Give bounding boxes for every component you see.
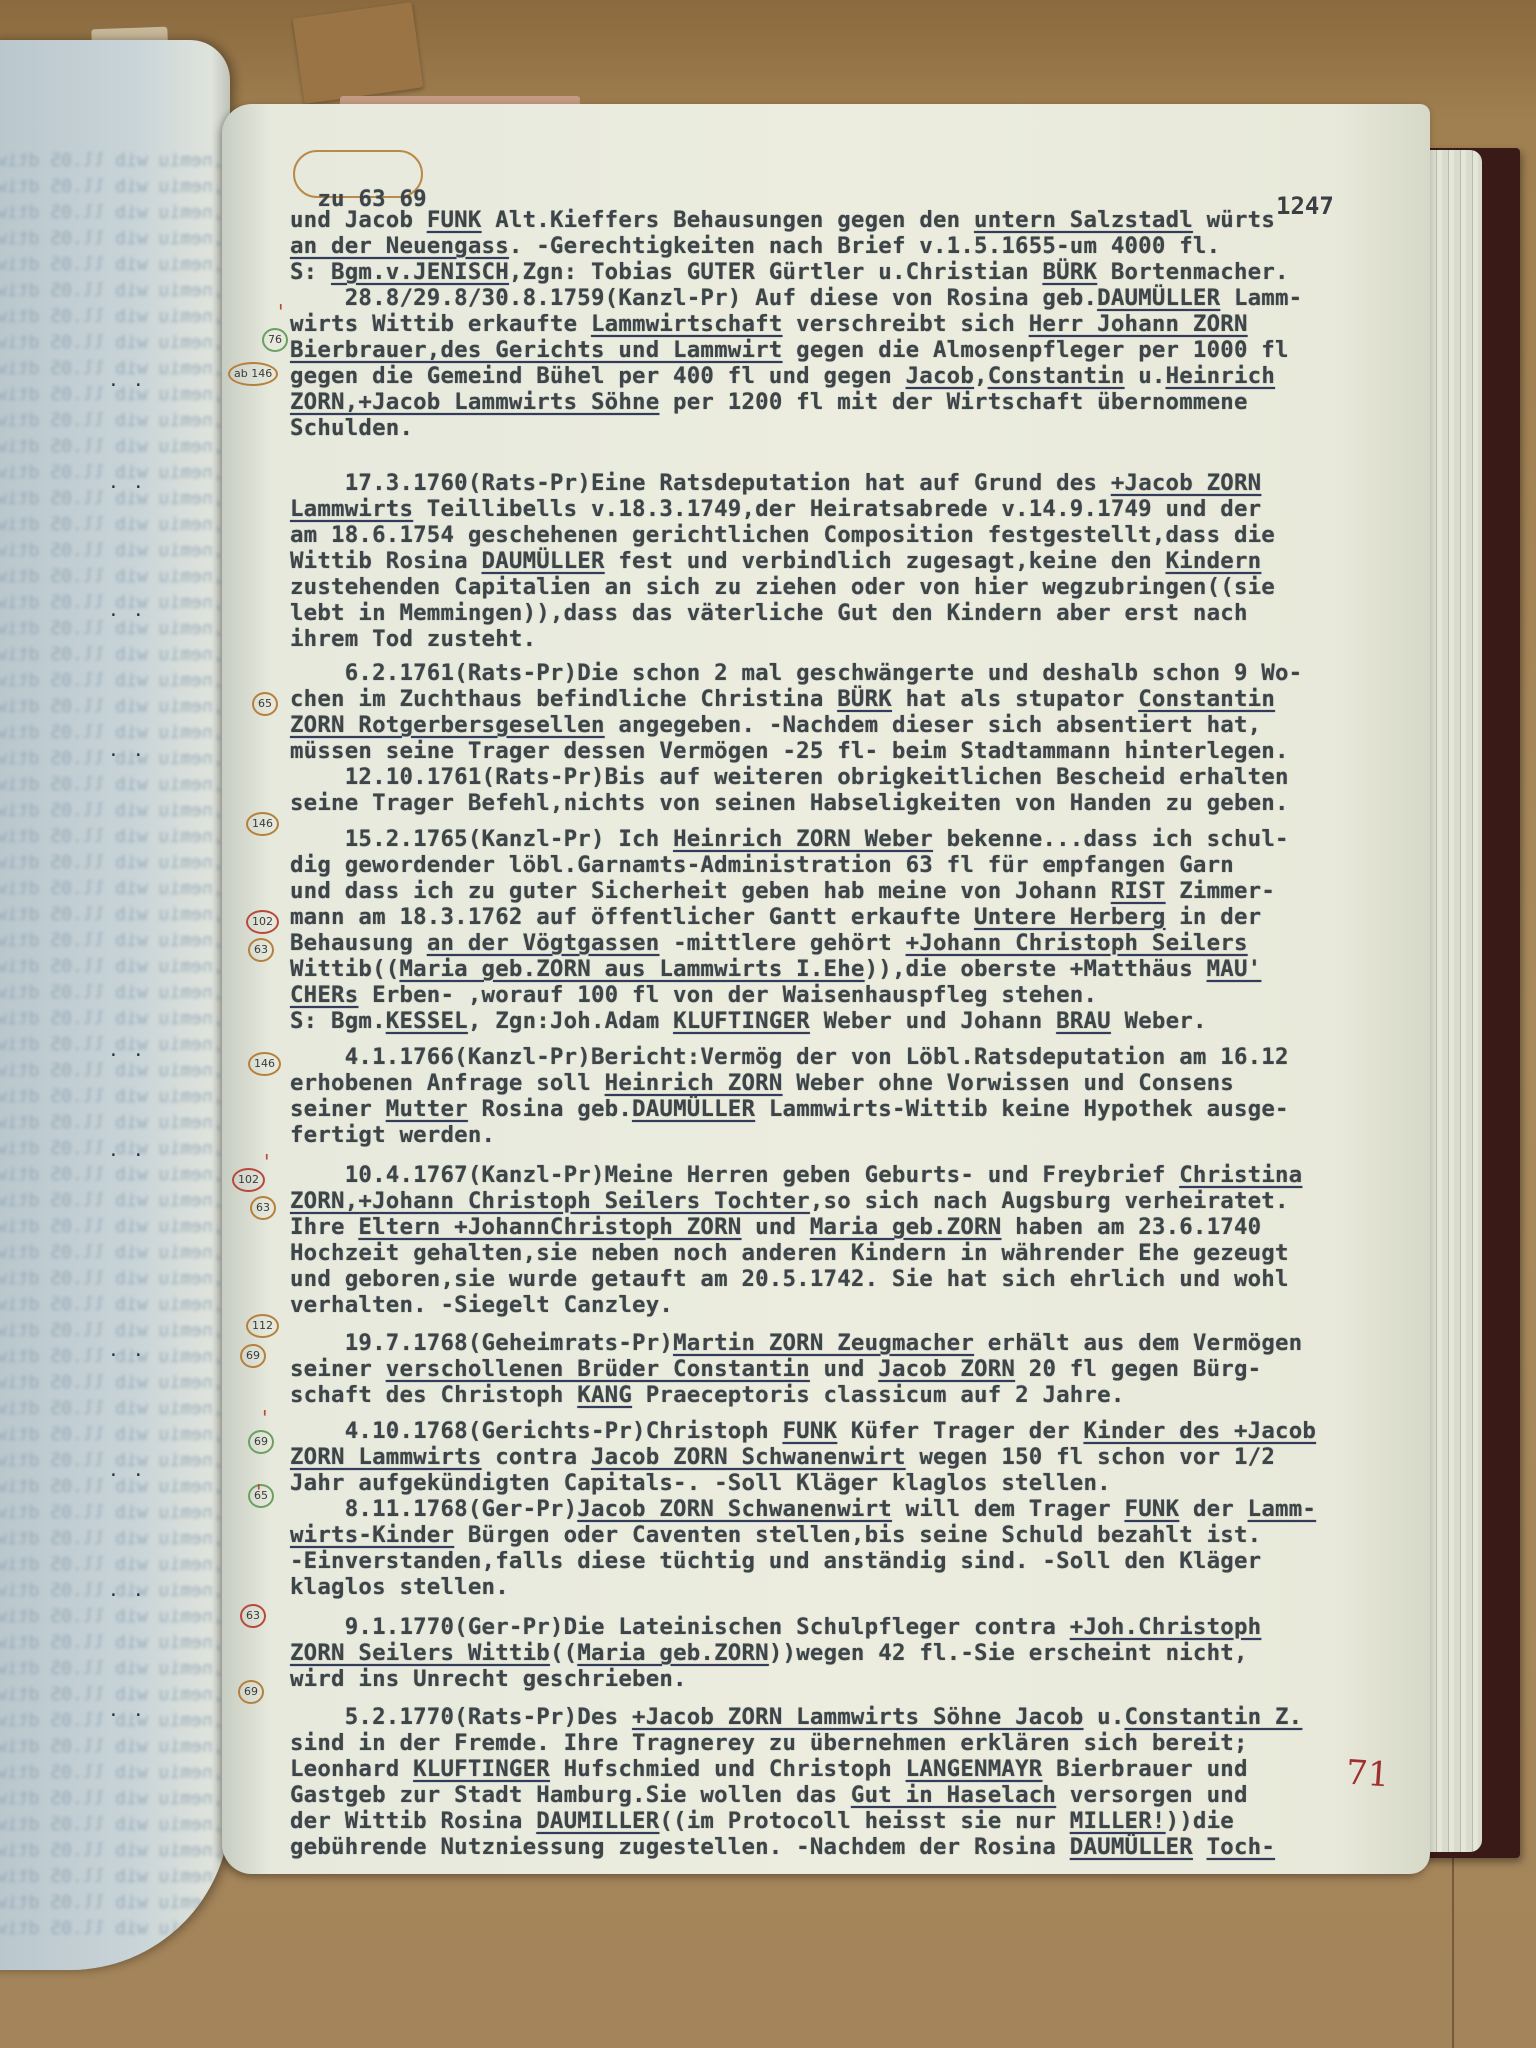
text-segment: 8.11.1768(Ger-Pr) (290, 1496, 577, 1522)
text-line: ZORN Rotgerbersgesellen angegeben. -Nach… (290, 712, 1261, 738)
text-line: gebührende Nutzniessung zugestellen. -Na… (290, 1834, 1275, 1860)
text-segment: , Zgn:Joh.Adam (468, 1008, 673, 1034)
blurred-text-line: hotib slie sis nebiow ,nemiu wib ll.05 d… (0, 1008, 230, 1024)
text-line: der Wittib Rosina DAUMILLER((im Protocol… (290, 1808, 1234, 1834)
text-segment: ,so sich nach Augsburg verheiratet. (810, 1188, 1289, 1214)
text-line: S: Bgm.v.JENISCH,Zgn: Tobias GUTER Gürtl… (290, 259, 1289, 285)
text-segment: 5.2.1770(Rats-Pr)Des (290, 1704, 632, 1730)
text-segment: der (1179, 1496, 1247, 1522)
blurred-text-line: hotib slie sis nebiow ,nemiu wib ll.05 d… (0, 1606, 230, 1622)
blurred-text-line: hotib slie sis nebiow ,nemiu wib ll.05 d… (0, 930, 230, 946)
text-line: chen im Zuchthaus befindliche Christina … (290, 686, 1275, 712)
underlined-name: Bierbrauer,des Gerichts und Lammwirt (290, 337, 783, 363)
blurred-text-line: hotib slie sis nebiow ,nemiu wib ll.05 d… (0, 644, 230, 660)
text-segment: -mittlere gehört (659, 930, 905, 956)
underlined-name: Heinrich (1166, 363, 1275, 389)
margin-note: 65 (252, 692, 278, 716)
text-line: 5.2.1770(Rats-Pr)Des +Jacob ZORN Lammwir… (290, 1704, 1302, 1730)
text-segment: Lamm- (1220, 285, 1302, 311)
text-line: wirts-Kinder Bürgen oder Caventen stelle… (290, 1522, 1261, 1548)
dot-marks: .. (108, 1460, 158, 1481)
text-line: schaft des Christoph KANG Praeceptoris c… (290, 1382, 1125, 1408)
text-segment: Wittib(( (290, 956, 399, 982)
dot-marks: .. (108, 740, 158, 761)
underlined-name: MAU' (1207, 956, 1262, 982)
margin-note: 69 (248, 1430, 274, 1454)
underlined-name: DAUMÜLLER (1097, 285, 1220, 311)
text-segment: -Einverstanden,falls diese tüchtig und a… (290, 1548, 1261, 1574)
text-segment: Hufschmied und Christoph (550, 1756, 906, 1782)
text-line: wirts Wittib erkaufte Lammwirtschaft ver… (290, 311, 1248, 337)
blurred-text-line: hotib slie sis nebiow ,nemiu wib ll.05 d… (0, 982, 230, 998)
underlined-name: BÜRK (837, 686, 892, 712)
text-line: Wittib((Maria geb.ZORN aus Lammwirts I.E… (290, 956, 1261, 982)
underlined-name: Mutter (386, 1096, 468, 1122)
text-segment: und Jacob (290, 207, 427, 233)
text-line: ZORN,+Jacob Lammwirts Söhne per 1200 fl … (290, 389, 1248, 415)
blurred-text-line: hotib slie sis nebiow ,nemiu wib ll.05 d… (0, 1528, 230, 1544)
underlined-name: KLUFTINGER (673, 1008, 810, 1034)
underlined-name: Heinrich ZORN (605, 1070, 783, 1096)
underlined-name: ZORN Rotgerbersgesellen (290, 712, 605, 738)
blurred-text-line: hotib slie sis nebiow ,nemiu wib ll.05 d… (0, 878, 230, 894)
text-segment: Bierbrauer und (1042, 1756, 1247, 1782)
underlined-name: an der Neuengass (290, 233, 509, 259)
text-segment: Bortenmacher. (1097, 259, 1289, 285)
underlined-name: KANG (577, 1382, 632, 1408)
red-tick-mark: ' (262, 1406, 268, 1430)
underlined-name: Maria geb.ZORN (810, 1214, 1002, 1240)
underlined-name: Maria geb.ZORN (577, 1640, 769, 1666)
underlined-name: ZORN Seilers Wittib (290, 1640, 550, 1666)
underlined-name: Constantin (988, 363, 1125, 389)
text-line: ihrem Tod zusteht. (290, 626, 536, 652)
text-segment: versorgen und (1056, 1782, 1248, 1808)
text-segment: bekenne...dass ich schul- (933, 826, 1289, 852)
text-segment: Weber ohne Vorwissen und Consens (783, 1070, 1234, 1096)
underlined-name: Jacob ZORN Schwanenwirt (591, 1444, 906, 1470)
text-line: Leonhard KLUFTINGER Hufschmied und Chris… (290, 1756, 1248, 1782)
text-line: seiner Mutter Rosina geb.DAUMÜLLER Lammw… (290, 1096, 1289, 1122)
text-line: zustehenden Capitalien an sich zu ziehen… (290, 574, 1275, 600)
text-line: 9.1.1770(Ger-Pr)Die Lateinischen Schulpf… (290, 1614, 1261, 1640)
text-segment: hat als stupator (892, 686, 1138, 712)
underlined-name: +Jacob ZORN (1111, 470, 1261, 496)
blurred-text-line: hotib slie sis nebiow ,nemiu wib ll.05 d… (0, 1814, 230, 1830)
underlined-name: DAUMÜLLER (1070, 1834, 1193, 1860)
blurred-text-line: hotib slie sis nebiow ,nemiu wib ll.05 d… (0, 670, 230, 686)
text-segment: sind in der Fremde. Ihre Tragnerey zu üb… (290, 1730, 1248, 1756)
text-line: 6.2.1761(Rats-Pr)Die schon 2 mal geschwä… (290, 660, 1302, 686)
text-segment: )),die oberste +Matthäus (865, 956, 1207, 982)
text-line: 17.3.1760(Rats-Pr)Eine Ratsdeputation ha… (290, 470, 1261, 496)
text-segment: wird ins Unrecht geschrieben. (290, 1666, 687, 1692)
text-line: Ihre Eltern +JohannChristoph ZORN und Ma… (290, 1214, 1261, 1240)
text-line: 19.7.1768(Geheimrats-Pr)Martin ZORN Zeug… (290, 1330, 1302, 1356)
dot-marks: .. (108, 1040, 158, 1061)
blurred-text-line: hotib slie sis nebiow ,nemiu wib ll.05 d… (0, 1502, 230, 1518)
text-segment: Zimmer- (1166, 878, 1275, 904)
blurred-text-line: hotib slie sis nebiow ,nemiu wib ll.05 d… (0, 1294, 230, 1310)
blurred-text-line: hotib slie sis nebiow ,nemiu wib ll.05 d… (0, 1788, 230, 1804)
underlined-name: Constantin (1138, 686, 1275, 712)
text-line: Lammwirts Teillibells v.18.3.1749,der He… (290, 496, 1261, 522)
text-segment: erhält aus dem Vermögen (974, 1330, 1302, 1356)
margin-note: 63 (240, 1604, 266, 1628)
text-segment (1193, 1834, 1207, 1860)
text-line: Bierbrauer,des Gerichts und Lammwirt geg… (290, 337, 1289, 363)
underlined-name: Jacob (906, 363, 974, 389)
text-segment: Behausung (290, 930, 427, 956)
blurred-text-line: hotib slie sis nebiow ,nemiu wib ll.05 d… (0, 1554, 230, 1570)
underlined-name: RIST (1111, 878, 1166, 904)
margin-note: 112 (246, 1314, 279, 1338)
text-segment: u. (1125, 363, 1166, 389)
underlined-name: Maria geb.ZORN aus Lammwirts I.Ehe (399, 956, 864, 982)
dot-marks: .. (108, 1140, 158, 1161)
blurred-text-line: hotib slie sis nebiow ,nemiu wib ll.05 d… (0, 306, 230, 322)
margin-note: ab 146 (228, 362, 278, 386)
blurred-text-line: hotib slie sis nebiow ,nemiu wib ll.05 d… (0, 774, 230, 790)
paper-tab (293, 2, 424, 104)
text-line: ZORN,+Johann Christoph Seilers Tochter,s… (290, 1188, 1289, 1214)
text-segment: Weber und Johann (810, 1008, 1056, 1034)
text-segment: gebührende Nutzniessung zugestellen. -Na… (290, 1834, 1070, 1860)
reference-line: zu 63 69 (290, 160, 427, 212)
underlined-name: LANGENMAYR (906, 1756, 1043, 1782)
text-segment: Wittib Rosina (290, 548, 482, 574)
underlined-name: Kinder des +Jacob (1083, 1418, 1316, 1444)
text-segment: erhobenen Anfrage soll (290, 1070, 605, 1096)
text-segment: 28.8/29.8/30.8.1759(Kanzl-Pr) Auf diese … (290, 285, 1097, 311)
underlined-name: +Jacob ZORN Lammwirts Söhne Jacob (632, 1704, 1083, 1730)
text-segment: Jahr aufgekündigten Capitals-. -Soll Klä… (290, 1470, 1111, 1496)
text-segment: der Wittib Rosina (290, 1808, 536, 1834)
underlined-name: DAUMÜLLER (632, 1096, 755, 1122)
blurred-text-line: hotib slie sis nebiow ,nemiu wib ll.05 d… (0, 1216, 230, 1232)
text-line: seiner verschollenen Brüder Constantin u… (290, 1356, 1261, 1382)
blurred-text-line: hotib slie sis nebiow ,nemiu wib ll.05 d… (0, 722, 230, 738)
underlined-name: ZORN,+Jacob Lammwirts Söhne (290, 389, 659, 415)
blurred-text-line: hotib slie sis nebiow ,nemiu wib ll.05 d… (0, 1918, 230, 1934)
text-segment: ))wegen 42 fl.-Sie erscheint nicht, (769, 1640, 1248, 1666)
text-segment: Weber. (1111, 1008, 1207, 1034)
blurred-text-line: hotib slie sis nebiow ,nemiu wib ll.05 d… (0, 566, 230, 582)
text-segment: wegen 150 fl schon vor 1/2 (906, 1444, 1275, 1470)
blurred-text-line: hotib slie sis nebiow ,nemiu wib ll.05 d… (0, 1320, 230, 1336)
text-line: an der Neuengass. -Gerechtigkeiten nach … (290, 233, 1220, 259)
margin-note: 63 (248, 938, 274, 962)
text-segment: zustehenden Capitalien an sich zu ziehen… (290, 574, 1275, 600)
text-segment: verhalten. -Siegelt Canzley. (290, 1292, 673, 1318)
text-segment: Alt.Kieffers Behausungen gegen den (482, 207, 975, 233)
text-segment: müssen seine Trager dessen Vermögen -25 … (290, 738, 1289, 764)
text-segment: Küfer Trager der (837, 1418, 1083, 1444)
blurred-text-line: hotib slie sis nebiow ,nemiu wib ll.05 d… (0, 1684, 230, 1700)
text-segment: 19.7.1768(Geheimrats-Pr) (290, 1330, 673, 1356)
blurred-text-line: hotib slie sis nebiow ,nemiu wib ll.05 d… (0, 228, 230, 244)
text-line: 8.11.1768(Ger-Pr)Jacob ZORN Schwanenwirt… (290, 1496, 1316, 1522)
underlined-name: Martin ZORN Zeugmacher (673, 1330, 974, 1356)
text-segment: am 18.6.1754 geschehenen gerichtlichen C… (290, 522, 1275, 548)
text-segment: contra (482, 1444, 591, 1470)
underlined-name: Untere Herberg (974, 904, 1166, 930)
text-segment: , (974, 363, 988, 389)
underlined-name: Herr Johann ZORN (1029, 311, 1248, 337)
underlined-name: Jacob ZORN (878, 1356, 1015, 1382)
text-segment: 15.2.1765(Kanzl-Pr) Ich (290, 826, 673, 852)
blurred-text-line: hotib slie sis nebiow ,nemiu wib ll.05 d… (0, 176, 230, 192)
text-line: am 18.6.1754 geschehenen gerichtlichen C… (290, 522, 1275, 548)
text-segment: ((im Protocoll heisst sie nur (659, 1808, 1069, 1834)
underlined-name: +Johann Christoph Seilers (906, 930, 1248, 956)
blurred-text-line: hotib slie sis nebiow ,nemiu wib ll.05 d… (0, 1372, 230, 1388)
margin-note: 102 (246, 910, 279, 934)
blurred-text-line: hotib slie sis nebiow ,nemiu wib ll.05 d… (0, 150, 230, 166)
text-line: und dass ich zu guter Sicherheit geben h… (290, 878, 1275, 904)
dot-marks: .. (108, 1700, 158, 1721)
text-line: 10.4.1767(Kanzl-Pr)Meine Herren geben Ge… (290, 1162, 1302, 1188)
blurred-text-line: hotib slie sis nebiow ,nemiu wib ll.05 d… (0, 280, 230, 296)
underlined-name: verschollenen Brüder Constantin (386, 1356, 810, 1382)
underlined-name: KESSEL (386, 1008, 468, 1034)
text-line: verhalten. -Siegelt Canzley. (290, 1292, 673, 1318)
text-line: mann am 18.3.1762 auf öffentlicher Gantt… (290, 904, 1261, 930)
blurred-text-line: hotib slie sis nebiow ,nemiu wib ll.05 d… (0, 852, 230, 868)
text-segment: 17.3.1760(Rats-Pr)Eine Ratsdeputation ha… (290, 470, 1111, 496)
text-segment: Teillibells v.18.3.1749,der Heiratsabred… (413, 496, 1261, 522)
underlined-name: FUNK (783, 1418, 838, 1444)
text-segment: Schulden. (290, 415, 413, 441)
text-line: erhobenen Anfrage soll Heinrich ZORN Web… (290, 1070, 1234, 1096)
underlined-name: MILLER! (1070, 1808, 1166, 1834)
underlined-name: untern Salzstadl (974, 207, 1193, 233)
text-segment: fest und verbindlich zugesagt,keine den (605, 548, 1166, 574)
text-line: Hochzeit gehalten,sie neben noch anderen… (290, 1240, 1289, 1266)
text-segment: haben am 23.6.1740 (1001, 1214, 1261, 1240)
blurred-text-line: hotib slie sis nebiow ,nemiu wib ll.05 d… (0, 826, 230, 842)
red-tick-mark: ' (278, 300, 284, 324)
text-line: gegen die Gemeind Bühel per 400 fl und g… (290, 363, 1275, 389)
blurred-text-line: hotib slie sis nebiow ,nemiu wib ll.05 d… (0, 202, 230, 218)
text-line: 12.10.1761(Rats-Pr)Bis auf weiteren obri… (290, 764, 1289, 790)
underlined-name: Lammwirts (290, 496, 413, 522)
text-segment: seiner (290, 1096, 386, 1122)
blurred-text-line: hotib slie sis nebiow ,nemiu wib ll.05 d… (0, 904, 230, 920)
text-segment: Erben- ,worauf 100 fl von der Waisenhaus… (358, 982, 1097, 1008)
text-line: Gastgeb zur Stadt Hamburg.Sie wollen das… (290, 1782, 1248, 1808)
margin-note: 102 (232, 1168, 265, 1192)
underlined-name: Heinrich ZORN Weber (673, 826, 933, 852)
text-line: CHERs Erben- ,worauf 100 fl von der Wais… (290, 982, 1097, 1008)
red-tick-mark: ' (256, 1480, 262, 1504)
blurred-text-line: hotib slie sis nebiow ,nemiu wib ll.05 d… (0, 1762, 230, 1778)
blurred-text-line: hotib slie sis nebiow ,nemiu wib ll.05 d… (0, 1164, 230, 1180)
underlined-name: Eltern +JohannChristoph ZORN (358, 1214, 741, 1240)
text-segment: 6.2.1761(Rats-Pr)Die schon 2 mal geschwä… (290, 660, 1302, 686)
text-segment: klaglos stellen. (290, 1574, 509, 1600)
blurred-text-line: hotib slie sis nebiow ,nemiu wib ll.05 d… (0, 540, 230, 556)
text-segment: und (810, 1356, 878, 1382)
blurred-text-line: hotib slie sis nebiow ,nemiu wib ll.05 d… (0, 514, 230, 530)
text-segment: Ihre (290, 1214, 358, 1240)
underlined-name: Bgm.v.JENISCH (331, 259, 509, 285)
text-segment: will dem Trager (892, 1496, 1125, 1522)
text-line: klaglos stellen. (290, 1574, 509, 1600)
text-segment: Rosina geb. (468, 1096, 632, 1122)
blurred-text-line: hotib slie sis nebiow ,nemiu wib ll.05 d… (0, 1190, 230, 1206)
text-segment: S: (290, 259, 331, 285)
underlined-name: FUNK (1125, 1496, 1180, 1522)
text-line: sind in der Fremde. Ihre Tragnerey zu üb… (290, 1730, 1248, 1756)
underlined-name: Christina (1179, 1162, 1302, 1188)
blurred-text-line: hotib slie sis nebiow ,nemiu wib ll.05 d… (0, 254, 230, 270)
text-line: Schulden. (290, 415, 413, 441)
text-segment: Gastgeb zur Stadt Hamburg.Sie wollen das (290, 1782, 851, 1808)
underlined-name: Lamm- (1248, 1496, 1316, 1522)
underlined-name: DAUMILLER (536, 1808, 659, 1834)
blurred-text-line: hotib slie sis nebiow ,nemiu wib ll.05 d… (0, 1242, 230, 1258)
margin-note: 63 (250, 1196, 276, 1220)
margin-note: 69 (240, 1344, 266, 1368)
margin-note: 146 (248, 1052, 281, 1076)
page-number: 1247 (1276, 192, 1334, 220)
text-line: wird ins Unrecht geschrieben. (290, 1666, 687, 1692)
text-segment: 20 fl gegen Bürg- (1015, 1356, 1261, 1382)
underlined-name: Lammwirtschaft (591, 311, 783, 337)
underlined-name: BÜRK (1042, 259, 1097, 285)
text-segment: angegeben. -Nachdem dieser sich absentie… (605, 712, 1262, 738)
text-segment: in der (1166, 904, 1262, 930)
text-segment: Lammwirts-Wittib keine Hypothek ausge- (755, 1096, 1289, 1122)
text-segment: S: Bgm. (290, 1008, 386, 1034)
text-segment: seine Trager Befehl,nichts von seinen Ha… (290, 790, 1289, 816)
text-line: und Jacob FUNK Alt.Kieffers Behausungen … (290, 207, 1275, 233)
text-segment: dig gewordender löbl.Garnamts-Administra… (290, 852, 1234, 878)
text-segment: Praeceptoris classicum auf 2 Jahre. (632, 1382, 1125, 1408)
text-segment: ihrem Tod zusteht. (290, 626, 536, 652)
text-line: fertigt werden. (290, 1122, 495, 1148)
underlined-name: FUNK (427, 207, 482, 233)
blurred-text-line: hotib slie sis nebiow ,nemiu wib ll.05 d… (0, 1658, 230, 1674)
text-segment: 9.1.1770(Ger-Pr)Die Lateinischen Schulpf… (290, 1614, 1070, 1640)
blurred-text-line: hotib slie sis nebiow ,nemiu wib ll.05 d… (0, 1866, 230, 1882)
text-line: Behausung an der Vögtgassen -mittlere ge… (290, 930, 1248, 956)
underlined-name: Jacob ZORN Schwanenwirt (577, 1496, 892, 1522)
text-segment: schaft des Christoph (290, 1382, 577, 1408)
text-segment: und (741, 1214, 809, 1240)
text-line: S: Bgm.KESSEL, Zgn:Joh.Adam KLUFTINGER W… (290, 1008, 1207, 1034)
text-line: und geboren,sie wurde getauft am 20.5.17… (290, 1266, 1289, 1292)
text-segment: chen im Zuchthaus befindliche Christina (290, 686, 837, 712)
text-segment: (( (550, 1640, 577, 1666)
margin-note: 76 (262, 328, 288, 352)
dot-marks: .. (108, 600, 158, 621)
text-segment: 4.1.1766(Kanzl-Pr)Bericht:Vermög der von… (290, 1044, 1289, 1070)
underlined-name: KLUFTINGER (413, 1756, 550, 1782)
text-segment: wirts Wittib erkaufte (290, 311, 591, 337)
blurred-text-line: hotib slie sis nebiow ,nemiu wib ll.05 d… (0, 1398, 230, 1414)
text-segment: würts (1193, 207, 1275, 233)
text-segment: 10.4.1767(Kanzl-Pr)Meine Herren geben Ge… (290, 1162, 1179, 1188)
text-segment: 4.10.1768(Gerichts-Pr)Christoph (290, 1418, 783, 1444)
blurred-text-line: hotib slie sis nebiow ,nemiu wib ll.05 d… (0, 1112, 230, 1128)
margin-note: 146 (246, 812, 279, 836)
underlined-name: an der Vögtgassen (427, 930, 660, 956)
text-line: dig gewordender löbl.Garnamts-Administra… (290, 852, 1234, 878)
underlined-name: BRAU (1056, 1008, 1111, 1034)
facing-page: hotib slie sis nebiow ,nemiu wib ll.05 d… (0, 40, 230, 1970)
text-segment: Hochzeit gehalten,sie neben noch anderen… (290, 1240, 1289, 1266)
text-segment: u. (1083, 1704, 1124, 1730)
underlined-name: +Joh.Christoph (1070, 1614, 1262, 1640)
text-segment: Bürgen oder Caventen stellen,bis seine S… (454, 1522, 1261, 1548)
text-segment: . -Gerechtigkeiten nach Brief v.1.5.1655… (509, 233, 1220, 259)
margin-note: 69 (238, 1680, 264, 1704)
blurred-text-line: hotib slie sis nebiow ,nemiu wib ll.05 d… (0, 1424, 230, 1440)
text-line: 28.8/29.8/30.8.1759(Kanzl-Pr) Auf diese … (290, 285, 1302, 311)
text-line: ZORN Seilers Wittib((Maria geb.ZORN))weg… (290, 1640, 1248, 1666)
text-segment: ))die (1166, 1808, 1234, 1834)
dot-marks: .. (108, 1340, 158, 1361)
dot-marks: .. (108, 472, 158, 493)
blurred-text-line: hotib slie sis nebiow ,nemiu wib ll.05 d… (0, 436, 230, 452)
text-segment: Leonhard (290, 1756, 413, 1782)
underlined-name: ZORN,+Johann Christoph Seilers Tochter (290, 1188, 810, 1214)
text-line: -Einverstanden,falls diese tüchtig und a… (290, 1548, 1261, 1574)
blurred-text-line: hotib slie sis nebiow ,nemiu wib ll.05 d… (0, 332, 230, 348)
text-line: Jahr aufgekündigten Capitals-. -Soll Klä… (290, 1470, 1111, 1496)
blurred-text-line: hotib slie sis nebiow ,nemiu wib ll.05 d… (0, 800, 230, 816)
text-segment: gegen die Gemeind Bühel per 400 fl und g… (290, 363, 906, 389)
text-line: Wittib Rosina DAUMÜLLER fest und verbind… (290, 548, 1261, 574)
text-segment: fertigt werden. (290, 1122, 495, 1148)
underlined-name: Gut in Haselach (851, 1782, 1056, 1808)
blurred-text-line: hotib slie sis nebiow ,nemiu wib ll.05 d… (0, 956, 230, 972)
text-line: müssen seine Trager dessen Vermögen -25 … (290, 738, 1289, 764)
text-line: 4.10.1768(Gerichts-Pr)Christoph FUNK Küf… (290, 1418, 1316, 1444)
handwritten-note: 71 (1345, 1753, 1391, 1796)
blurred-text-line: hotib slie sis nebiow ,nemiu wib ll.05 d… (0, 1632, 230, 1648)
text-line: lebt in Memmingen)),dass das väterliche … (290, 600, 1248, 626)
blurred-text-line: hotib slie sis nebiow ,nemiu wib ll.05 d… (0, 410, 230, 426)
blurred-text-line: hotib slie sis nebiow ,nemiu wib ll.05 d… (0, 1268, 230, 1284)
underlined-name: ZORN Lammwirts (290, 1444, 482, 1470)
text-line: 4.1.1766(Kanzl-Pr)Bericht:Vermög der von… (290, 1044, 1289, 1070)
underlined-name: wirts-Kinder (290, 1522, 454, 1548)
text-segment: gegen die Almosenpfleger per 1000 fl (783, 337, 1289, 363)
text-segment: mann am 18.3.1762 auf öffentlicher Gantt… (290, 904, 974, 930)
text-segment: 12.10.1761(Rats-Pr)Bis auf weiteren obri… (290, 764, 1289, 790)
dot-marks: .. (108, 370, 158, 391)
blurred-text-line: hotib slie sis nebiow ,nemiu wib ll.05 d… (0, 1892, 230, 1908)
text-line: ZORN Lammwirts contra Jacob ZORN Schwane… (290, 1444, 1275, 1470)
text-line: seine Trager Befehl,nichts von seinen Ha… (290, 790, 1289, 816)
text-segment: und dass ich zu guter Sicherheit geben h… (290, 878, 1111, 904)
underlined-name: Constantin Z. (1125, 1704, 1303, 1730)
text-segment: seiner (290, 1356, 386, 1382)
blurred-text-line: hotib slie sis nebiow ,nemiu wib ll.05 d… (0, 1060, 230, 1076)
blurred-text-line: hotib slie sis nebiow ,nemiu wib ll.05 d… (0, 696, 230, 712)
text-segment: verschreibt sich (783, 311, 1029, 337)
text-segment: per 1200 fl mit der Wirtschaft übernomme… (659, 389, 1247, 415)
text-segment: und geboren,sie wurde getauft am 20.5.17… (290, 1266, 1289, 1292)
underlined-name: DAUMÜLLER (482, 548, 605, 574)
red-tick-mark: ' (264, 1150, 270, 1174)
blurred-text-line: hotib slie sis nebiow ,nemiu wib ll.05 d… (0, 1840, 230, 1856)
text-line: 15.2.1765(Kanzl-Pr) Ich Heinrich ZORN We… (290, 826, 1289, 852)
text-segment: lebt in Memmingen)),dass das väterliche … (290, 600, 1248, 626)
